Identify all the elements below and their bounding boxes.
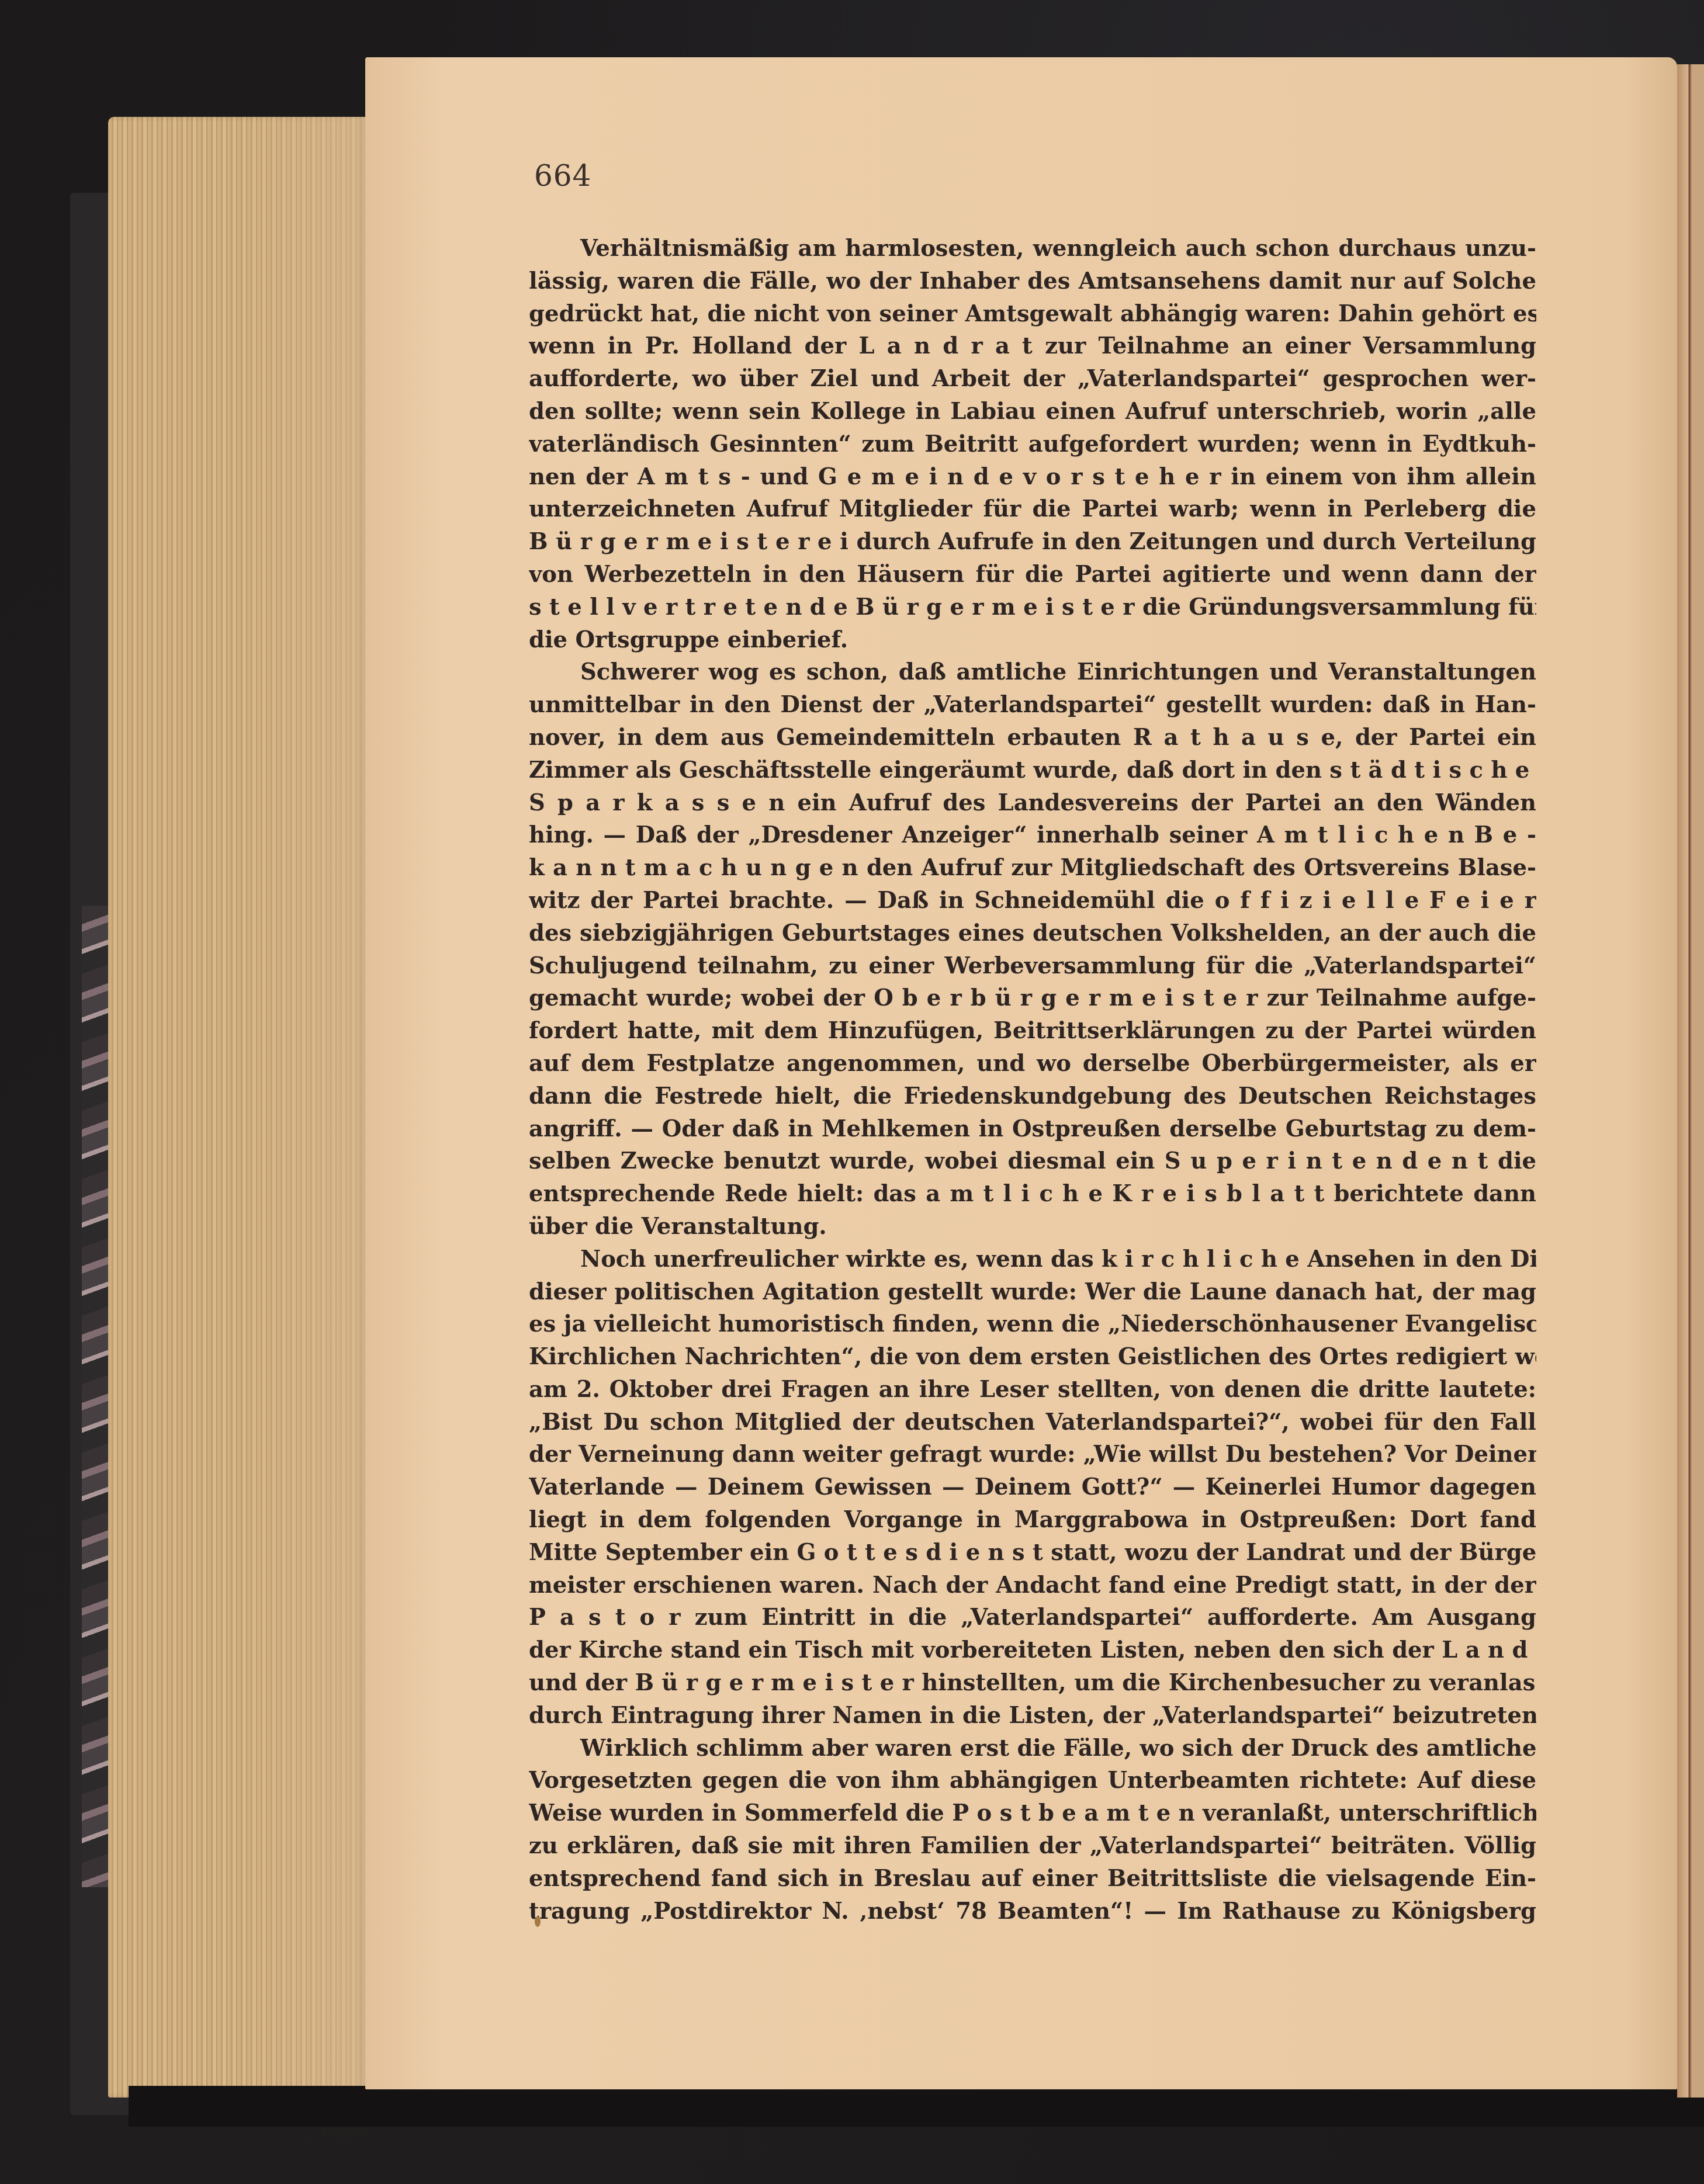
text-line: unmittelbar in den Dienst der „Vaterland… [529,689,1536,722]
text-line: gemacht wurde; wobei der O b e r b ü r g… [529,982,1536,1015]
text-line: über die Veranstaltung. [529,1211,1536,1243]
text-line: witz der Partei brachte. — Daß in Schnei… [529,885,1536,917]
text-line: Wirklich schlimm aber waren erst die Fäl… [529,1732,1536,1765]
text-line: von Werbezetteln in den Häusern für die … [529,559,1536,591]
text-line: auf dem Festplatze angenommen, und wo de… [529,1048,1536,1080]
text-line: am 2. Oktober drei Fragen an ihre Leser … [529,1374,1536,1406]
text-line: k a n n t m a c h u n g e n den Aufruf z… [529,852,1536,885]
text-line: liegt in dem folgenden Vorgange in Margg… [529,1504,1536,1537]
page-number: 664 [534,159,591,193]
text-line: s t e l l v e r t r e t e n d e B ü r g … [529,591,1536,624]
text-line: B ü r g e r m e i s t e r e i durch Aufr… [529,526,1536,559]
text-line: die Ortsgruppe einberief. [529,624,1536,657]
text-line: vaterländisch Gesinnten“ zum Beitritt au… [529,428,1536,461]
text-line: dieser politischen Agitation gestellt wu… [529,1276,1536,1309]
text-line: Mitte September ein G o t t e s d i e n … [529,1537,1536,1569]
text-line: nover, in dem aus Gemeindemitteln erbaut… [529,722,1536,754]
text-line: Schuljugend teilnahm, zu einer Werbevers… [529,950,1536,983]
text-line: S p a r k a s s e n ein Aufruf des Lande… [529,787,1536,820]
text-line: fordert hatte, mit dem Hinzufügen, Beitr… [529,1015,1536,1048]
text-line: Vorgesetzten gegen die von ihm abhängige… [529,1764,1536,1797]
text-line: Noch unerfreulicher wirkte es, wenn das … [529,1243,1536,1276]
text-line: dann die Festrede hielt, die Friedenskun… [529,1080,1536,1113]
text-line: und der B ü r g e r m e i s t e r hinste… [529,1667,1536,1700]
text-line: Verhältnismäßig am harmlosesten, wenngle… [529,233,1536,265]
text-line: gedrückt hat, die nicht von seiner Amtsg… [529,298,1536,331]
text-line: durch Eintragung ihrer Namen in die List… [529,1700,1536,1732]
text-line: zu erklären, daß sie mit ihren Familien … [529,1830,1536,1863]
text-line: lässig, waren die Fälle, wo der Inhaber … [529,265,1536,298]
text-line: Weise wurden in Sommerfeld die P o s t b… [529,1797,1536,1830]
text-line: Vaterlande — Deinem Gewissen — Deinem Go… [529,1471,1536,1504]
text-line: Kirchlichen Nachrichten“, die von dem er… [529,1341,1536,1374]
page-block-shade [245,117,365,2098]
body-text: Verhältnismäßig am harmlosesten, wenngle… [529,233,1536,1928]
text-line: nen der A m t s - und G e m e i n d e v … [529,461,1536,494]
text-line: P a s t o r zum Eintritt in die „Vaterla… [529,1601,1536,1634]
text-line: Zimmer als Geschäftsstelle eingeräumt wu… [529,754,1536,787]
text-line: der Kirche stand ein Tisch mit vorbereit… [529,1634,1536,1667]
text-line: entsprechende Rede hielt: das a m t l i … [529,1178,1536,1211]
text-line: wenn in Pr. Holland der L a n d r a t zu… [529,330,1536,363]
page-gutter-edge [1677,64,1704,2098]
text-line: entsprechend fand sich in Breslau auf ei… [529,1863,1536,1895]
text-line: den sollte; wenn sein Kollege in Labiau … [529,396,1536,428]
text-line: tragung „Postdirektor N. ‚nebst‘ 78 Beam… [529,1895,1536,1928]
paper-stain [535,1916,541,1927]
text-line: selben Zwecke benutzt wurde, wobei diesm… [529,1145,1536,1178]
bottom-cover-shadow [129,2086,1704,2127]
text-line: hing. — Daß der „Dresdener Anzeiger“ inn… [529,819,1536,852]
text-line: angriff. — Oder daß in Mehlkemen in Ostp… [529,1113,1536,1146]
text-line: unterzeichneten Aufruf Mitglieder für di… [529,493,1536,526]
text-line: „Bist Du schon Mitglied der deutschen Va… [529,1406,1536,1439]
text-line: des siebzigjährigen Geburtstages eines d… [529,917,1536,950]
text-line: aufforderte, wo über Ziel und Arbeit der… [529,363,1536,396]
text-line: es ja vielleicht humoristisch finden, we… [529,1308,1536,1341]
text-line: meister erschienen waren. Nach der Andac… [529,1569,1536,1602]
text-line: Schwerer wog es schon, daß amtliche Einr… [529,656,1536,689]
text-line: der Verneinung dann weiter gefragt wurde… [529,1438,1536,1471]
